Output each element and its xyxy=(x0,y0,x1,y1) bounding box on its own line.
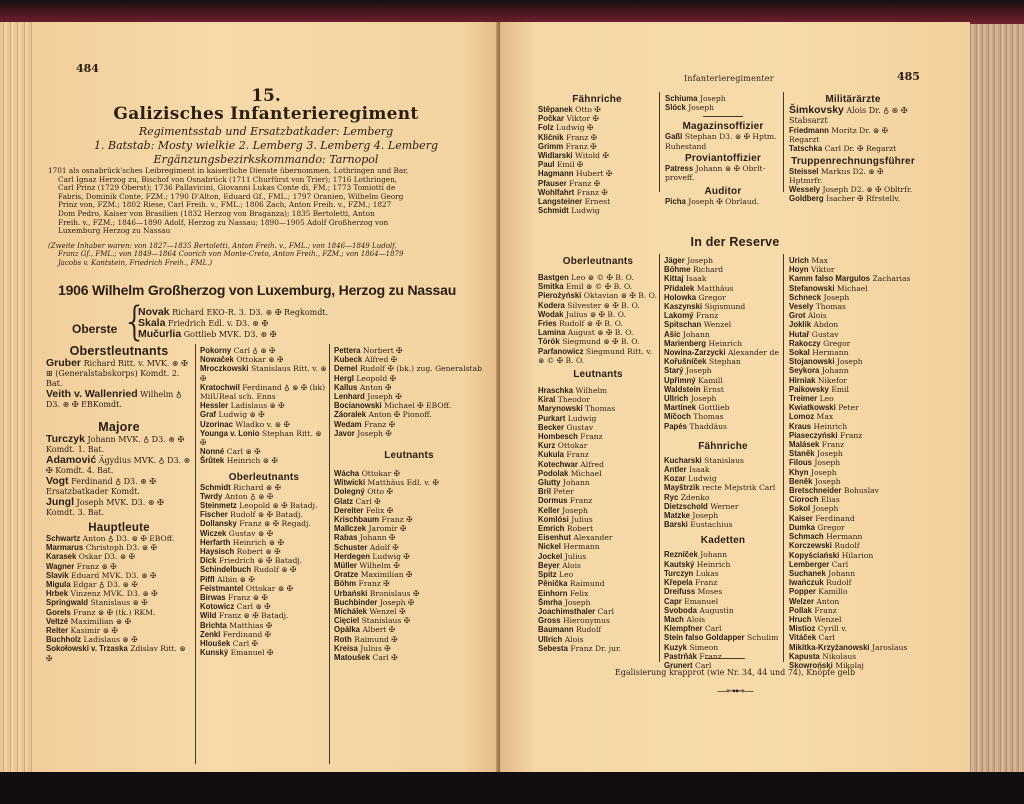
list-item: Kallus Anton ✠ xyxy=(334,383,484,392)
list-item: Hergl Leopold ✠ xyxy=(334,374,484,383)
list-item: Holowka Gregor xyxy=(664,293,782,302)
list-item: Dietzschold Werner xyxy=(664,502,782,511)
list-item: Stěpanek Otto ✠ xyxy=(538,105,656,114)
list-item: Turczyn Lukas xyxy=(664,569,782,578)
list-item: Křepela Franz xyxy=(664,578,782,587)
list-item: Gross Hieronymus xyxy=(538,616,658,625)
list-item: Počkar Viktor ✠ xyxy=(538,114,656,123)
list-item: Michálek Wenzel ✠ xyxy=(334,607,484,616)
list-item: Schwartz Anton ♁ D3. ⊛ ✠ EBOff. xyxy=(46,534,192,543)
list-item: Kraus Heinrich xyxy=(789,422,939,431)
list-item: Pastrňák Franz xyxy=(664,652,782,661)
list-item: Nowina-Zarzycki Alexander de xyxy=(664,348,782,357)
list-item: Hirniak Nikefor xyxy=(789,376,939,385)
section-heading: Proviantoffizier xyxy=(665,153,781,164)
list-item: Veltzé Maximilian ⊛ ✠ xyxy=(46,617,192,626)
list-item: Kopyściański Hilarion xyxy=(789,551,939,560)
list-item: Nowaček Ottokar ⊛ ✠ xyxy=(200,355,328,364)
list-item: Pollak Franz xyxy=(789,606,939,615)
list-item: Nickel Hermann xyxy=(538,542,658,551)
list-item: Hrbek Vinzenz MVK. D3. ⊛ ✠ xyxy=(46,589,192,598)
list-item: Kotechwar Alfred xyxy=(538,460,658,469)
list-item: Ullrich Alois xyxy=(538,635,658,644)
reserve-heading: In der Reserve xyxy=(500,235,970,249)
list-item: Kukula Franz xyxy=(538,450,658,459)
list-item: Papés Thaddäus xyxy=(664,422,782,431)
list-item: Tatschka Carl Dr. ✠ Regarzt xyxy=(789,144,917,153)
list-item: Iwańczuk Rudolf xyxy=(789,578,939,587)
list-item: Rezníček Johann xyxy=(664,550,782,559)
list-item: Mistioz Cyrill v. xyxy=(789,624,939,633)
list-item: Gorels Franz ⊛ ✠ (tk.) RKM. xyxy=(46,608,192,617)
regiment-number: 15. xyxy=(32,86,500,106)
list-item: Starý Joseph xyxy=(664,366,782,375)
list-item: Urbański Bronislaus ✠ xyxy=(334,589,484,598)
list-item: Malásek Franz xyxy=(789,440,939,449)
list-item: Mučurlia Gottlieb MVK. D3. ⊛ ✠ xyxy=(138,329,328,340)
list-item: Baumann Rudolf xyxy=(538,625,658,634)
list-item: Steissel Markus D2. ⊛ ✠ Hptmrfr. xyxy=(789,167,917,185)
list-item: Stein falso Goldapper Schulim xyxy=(664,633,782,642)
list-item: Mayštrzik recte Mejstrik Carl xyxy=(664,483,782,492)
right-column-2: Schiuma Joseph Slóck Joseph Magazinsoffi… xyxy=(665,94,781,206)
list-item: Adamović Ägydius MVK. ♁ D3. ⊛ ✠ Komdt. 4… xyxy=(46,455,192,476)
left-column-2: Pokorny Carl ♁ ⊛ ✠ Nowaček Ottokar ⊛ ✠ M… xyxy=(200,346,328,658)
list-item: Marynowski Thomas xyxy=(538,404,658,413)
list-item: Paikowsky Emil xyxy=(789,385,939,394)
list-item: Schiuma Joseph xyxy=(665,94,781,103)
list-item: Joklik Abdon xyxy=(789,320,939,329)
list-item: Podolak Michael xyxy=(538,469,658,478)
current-owner: 1906 Wilhelm Großherzog von Luxemburg, H… xyxy=(58,282,456,298)
battalions-line: 1. Batstab: Mosty wielkie 2. Lemberg 3. … xyxy=(32,139,500,152)
list-item: Wagner Franz ⊛ ✠ xyxy=(46,562,192,571)
reserve-column-1: Oberleutnants Bastgen Leo ⊛ © ✠ B. O. Sm… xyxy=(538,256,658,653)
list-item: Popper Kamillo xyxy=(789,587,939,596)
list-item: Roth Raimund ✠ xyxy=(334,635,484,644)
list-item: Cioroch Elias xyxy=(789,495,939,504)
list-item: Slóck Joseph xyxy=(665,103,781,112)
list-item: Kozar Ludwig xyxy=(664,474,782,483)
section-heading: Hauptleute xyxy=(46,522,192,534)
list-item: Piffl Albin ⊛ ✠ xyxy=(200,575,328,584)
list-item: Piaseczyński Franz xyxy=(789,431,939,440)
list-item: Kliĉnik Franz ✠ xyxy=(538,133,656,142)
list-item: Keller Joseph xyxy=(538,506,658,515)
list-item: Reiter Kasimir ⊛ ✠ xyxy=(46,626,192,635)
list-item: Veith v. Wallenried Wilhelm ♁ D3. ⊛ ✠ EB… xyxy=(46,389,192,410)
list-item: Staněk Joseph xyxy=(789,449,939,458)
list-item: Suchanek Johann xyxy=(789,569,939,578)
list-item: Herdegen Ludwig ✠ xyxy=(334,552,484,561)
list-item: Jungl Joseph MVK. D3. ⊛ ✠ Komdt. 3. Bat. xyxy=(46,497,192,518)
list-item: Ullrich Joseph xyxy=(664,394,782,403)
list-item: Kamm falso Margulos Zacharias xyxy=(789,274,939,283)
list-item: Kunský Emanuel ✠ xyxy=(200,648,328,657)
list-item: Rakoczy Gregor xyxy=(789,339,939,348)
list-item: Záoralek Anton ✠ Pionoff. xyxy=(334,410,484,419)
list-item: Matoušek Carl ✠ xyxy=(334,653,484,662)
list-item: Fischer Rudolf ⊛ ✠ Batadj. xyxy=(200,510,328,519)
list-item: Mroczkowski Stanislaus Ritt. v. ⊛ ✠ xyxy=(200,364,328,382)
list-item: Spitz Leo xyxy=(538,570,658,579)
note-line: Jacobs v. Kantstein, Friedrich Freih., F… xyxy=(48,259,484,267)
list-item: Wild Franz ⊛ ✠ Batadj. xyxy=(200,611,328,620)
list-item: Kurz Ottokar xyxy=(538,441,658,450)
list-item: Grot Alois xyxy=(789,311,939,320)
list-item: Kořušníček Stephan xyxy=(664,357,782,366)
column-divider xyxy=(195,344,196,764)
regiment-name: Galizisches Infanterieregiment xyxy=(32,104,500,124)
column-divider xyxy=(329,344,330,764)
list-item: Barski Eustachius xyxy=(664,520,782,529)
running-head: Infanterieregimenter xyxy=(684,74,774,83)
list-item: Folz Ludwig ✠ xyxy=(538,123,656,132)
list-item: Graf Ludwig ⊛ ✠ xyxy=(200,410,328,419)
left-page: 484 15. Galizisches Infanterieregiment R… xyxy=(32,22,500,774)
list-item: Kratochwil Ferdinand ♁ ⊛ ✠ (bk) MilUReal… xyxy=(200,383,328,401)
list-item: Kautský Heinrich xyxy=(664,560,782,569)
list-item: Dollansky Franz ⊛ ✠ Regadj. xyxy=(200,519,328,528)
list-item: Antler Isaak xyxy=(664,465,782,474)
list-item: Langsteiner Ernest xyxy=(538,197,656,206)
list-item: Matzke Joseph xyxy=(664,511,782,520)
list-item: Sokołowski v. Trzaska Zdislav Ritt. ⊛ ✠ xyxy=(46,644,192,662)
right-column-3: Militärärzte Šimkovsky Alois Dr. ♁ ⊛ ✠ S… xyxy=(789,94,917,203)
list-item: Karasek Oskar D3. ⊛ ✠ xyxy=(46,552,192,561)
list-item: Stefanowski Michael xyxy=(789,284,939,293)
oberste-label: Oberste xyxy=(72,322,117,336)
list-item: Picha Joseph ✠ Obrlaud. xyxy=(665,197,781,206)
list-item: Kwiatkowski Peter xyxy=(789,403,939,412)
recruiting-line: Ergänzungsbezirkskommando: Tarnopol xyxy=(32,153,500,166)
list-item: Upřimný Kamill xyxy=(664,376,782,385)
page-edges-right xyxy=(968,24,1024,774)
list-item: Lemberger Carl xyxy=(789,560,939,569)
list-item: Kreisa Julius ✠ xyxy=(334,644,484,653)
list-item: Svoboda Augustin xyxy=(664,606,782,615)
list-item: Kapusta Nikolaus xyxy=(789,652,939,661)
list-item: Fries Rudolf ⊛ ✠ B. O. xyxy=(538,319,658,328)
right-page: Infanterieregimenter 485 Fähnriche Stěpa… xyxy=(500,22,970,774)
short-rule xyxy=(705,658,745,659)
section-heading: Kadetten xyxy=(664,535,782,546)
column-divider xyxy=(659,92,660,192)
list-item: Pokorny Carl ♁ ⊛ ✠ xyxy=(200,346,328,355)
list-item: Gruber Richard Ritt. v. MVK. ⊛ ✠ ⊞ (Gene… xyxy=(46,358,192,389)
reserve-column-3: Urich Max Hoyn Viktor Kamm falso Margulo… xyxy=(789,256,939,670)
list-item: Mikitka-Krzyżanowski Jaroslaus xyxy=(789,643,939,652)
list-item: Pettera Norbert ✠ xyxy=(334,346,484,355)
list-item: Wohlfahrt Franz ✠ xyxy=(538,188,656,197)
list-item: Joachimsthaler Carl xyxy=(538,607,658,616)
list-item: Javor Joseph ✠ xyxy=(334,429,484,438)
list-item: Opálka Albert ✠ xyxy=(334,625,484,634)
list-item: Filous Joseph xyxy=(789,458,939,467)
list-item: Einhorn Felix xyxy=(538,589,658,598)
list-item: Zenkl Ferdinand ✠ xyxy=(200,630,328,639)
list-item: Böhme Richard xyxy=(664,265,782,274)
list-item: Treimer Leo xyxy=(789,394,939,403)
book-binding-top xyxy=(0,0,1024,24)
list-item: Lomoz Max xyxy=(789,412,939,421)
history-line: Luxemburg Herzog zu Nassau xyxy=(48,227,484,236)
list-item: Cięciel Stanislaus ✠ xyxy=(334,616,484,625)
list-item: Urich Max xyxy=(789,256,939,265)
list-item: Paul Emil ✠ xyxy=(538,160,656,169)
oberste-list: Novak Richard EKO-R. 3. D3. ⊛ ✠ Regkomdt… xyxy=(138,307,328,340)
section-heading: Fähnriche xyxy=(538,94,656,105)
list-item: Schmidt Richard ⊛ ✠ xyxy=(200,483,328,492)
list-item: Přidalek Matthäus xyxy=(664,284,782,293)
list-item: Buchbinder Joseph ✠ xyxy=(334,598,484,607)
left-column-3: Pettera Norbert ✠ Kubeck Alfred ✠ Demel … xyxy=(334,346,484,662)
section-heading: Leutnants xyxy=(538,369,658,380)
list-item: Hraschka Wilhelm xyxy=(538,386,658,395)
list-item: Hutař Gustav xyxy=(789,330,939,339)
section-heading: Truppenrechnungsführer xyxy=(789,156,917,167)
section-heading: Magazinsoffizier xyxy=(665,121,781,132)
list-item: Hruch Wenzel xyxy=(789,615,939,624)
list-item: Becker Gustav xyxy=(538,423,658,432)
list-item: Böhm Franz ✠ xyxy=(334,579,484,588)
list-item: Vogt Ferdinand ♁ D3. ⊛ ✠ Ersatzbatkader … xyxy=(46,476,192,497)
list-item: Pěnička Raimund xyxy=(538,579,658,588)
list-item: Waldstein Ernst xyxy=(664,385,782,394)
note-line: Franz Gf., FML.; von 1849—1864 Coorich v… xyxy=(48,250,484,258)
list-item: Birwas Franz ⊛ ✠ xyxy=(200,593,328,602)
list-item: Wedam Franz ✠ xyxy=(334,420,484,429)
list-item: Goldberg Isacher ✠ Rfrstellv. xyxy=(789,194,917,203)
list-item: Turczyk Johann MVK. ♁ D3. ⊛ ✠ Komdt. 1. … xyxy=(46,434,192,455)
list-item: Lamina August ⊛ ✠ B. O. xyxy=(538,328,658,337)
column-divider xyxy=(783,92,784,192)
list-item: Khyn Joseph xyxy=(789,468,939,477)
list-item: Bocianowski Michael ✠ EBOff. xyxy=(334,401,484,410)
list-item: Jäger Joseph xyxy=(664,256,782,265)
list-item: Martinek Gottlieb xyxy=(664,403,782,412)
list-item: Eisenhut Alexander xyxy=(538,533,658,542)
reserve-column-2: Jäger Joseph Böhme Richard Kittaj Isaak … xyxy=(664,256,782,670)
list-item: Wodak Julius ⊛ ✠ B. O. xyxy=(538,310,658,319)
list-item: Parfanowicz Siegmund Ritt. v. ⊛ © ✠ B. O… xyxy=(538,347,658,365)
list-item: Kaiser Ferdinand xyxy=(789,514,939,523)
list-item: Beněk Joseph xyxy=(789,477,939,486)
list-item: Kittaj Isaak xyxy=(664,274,782,283)
list-item: Seykora Johann xyxy=(789,366,939,375)
list-item: Migula Edgar ♁ D3. ⊛ ✠ xyxy=(46,580,192,589)
list-item: Bretschneider Bohuslav xyxy=(789,486,939,495)
list-item: Schmach Hermann xyxy=(789,532,939,541)
facings-line: Egalisierung krapprot (wie Nr. 34, 44 un… xyxy=(500,668,970,677)
list-item: Vesely Thomas xyxy=(789,302,939,311)
list-item: Witwicki Matthäus Edl. v. ✠ xyxy=(334,478,484,487)
left-column-1: Oberstleutnants Gruber Richard Ritt. v. … xyxy=(46,344,192,663)
list-item: Kiral Theodor xyxy=(538,395,658,404)
right-column-1: Fähnriche Stěpanek Otto ✠ Počkar Viktor … xyxy=(538,94,656,215)
list-item: Widlarski Witold ✠ xyxy=(538,151,656,160)
list-item: Lakomý Franz xyxy=(664,311,782,320)
list-item: Pfauser Franz ✠ xyxy=(538,179,656,188)
ornament-icon: —⊶⊷— xyxy=(500,686,970,697)
list-item: Gaßl Stephan D3. ⊛ ✠ Hptm. Ruhestand xyxy=(665,132,781,150)
section-heading: Oberleutnants xyxy=(538,256,658,267)
list-item: Schindelbuch Rudolf ⊛ ✠ xyxy=(200,565,328,574)
list-item: Mach Alois xyxy=(664,615,782,624)
list-item: Kubeck Alfred ✠ xyxy=(334,355,484,364)
regiment-history: 1701 als osnabrück'sches Leibregiment in… xyxy=(48,167,484,236)
list-item: Pierożyński Oktavian ⊛ ✠ B. O. xyxy=(538,291,658,300)
list-item: Dick Friedrich ⊛ ✠ Batadj. xyxy=(200,556,328,565)
list-item: Uzorinac Wladko v. ⊛ ✠ xyxy=(200,420,328,429)
section-heading: Majore xyxy=(46,420,192,434)
list-item: Novak Richard EKO-R. 3. D3. ⊛ ✠ Regkomdt… xyxy=(138,307,328,318)
list-item: Ašic Johann xyxy=(664,330,782,339)
list-item: Wácha Ottokar ✠ xyxy=(334,469,484,478)
list-item: Grimm Franz ✠ xyxy=(538,142,656,151)
section-heading: Oberstleutnants xyxy=(46,344,192,358)
list-item: Friedmann Moritz Dr. ⊛ ✠ Regarzt xyxy=(789,126,917,144)
list-item: Welzer Anton xyxy=(789,597,939,606)
list-item: Schneck Joseph xyxy=(789,293,939,302)
list-item: Herfarth Heinrich ⊛ ✠ xyxy=(200,538,328,547)
section-heading: Leutnants xyxy=(334,450,484,461)
list-item: Hloušek Carl ✠ xyxy=(200,639,328,648)
list-item: Kaszynski Sigismund xyxy=(664,302,782,311)
list-item: Purkart Ludwig xyxy=(538,414,658,423)
list-item: Oratze Maximilian ✠ xyxy=(334,570,484,579)
list-item: Rabas Johann ✠ xyxy=(334,533,484,542)
list-item: Beyer Alois xyxy=(538,561,658,570)
list-item: Dolegný Otto ✠ xyxy=(334,487,484,496)
list-item: Haysisch Robert ⊛ ✠ xyxy=(200,547,328,556)
list-item: Kucharski Stanislaus xyxy=(664,456,782,465)
list-item: Wiczek Gustav ⊛ ✠ xyxy=(200,529,328,538)
list-item: Glatz Carl ✠ xyxy=(334,497,484,506)
list-item: Glutty Johann xyxy=(538,478,658,487)
second-owners-note: (Zweite Inhaber waren: von 1827—1835 Ber… xyxy=(48,242,484,267)
list-item: Lenhard Joseph ✠ xyxy=(334,392,484,401)
list-item: Dormus Franz xyxy=(538,496,658,505)
short-rule xyxy=(703,116,743,117)
list-item: Sokal Hermann xyxy=(789,348,939,357)
list-item: Bastgen Leo ⊛ © ✠ B. O. xyxy=(538,273,658,282)
list-item: Wessely Joseph D2. ⊛ ✠ Obltrfr. xyxy=(789,185,917,194)
list-item: Feistmantel Ottokar ⊛ ✠ xyxy=(200,584,328,593)
list-item: Slavik Eduard MVK. D3. ⊛ ✠ xyxy=(46,571,192,580)
page-number-left: 484 xyxy=(76,62,99,75)
list-item: Steinmetz Leopold ⊛ ✠ Batadj. xyxy=(200,501,328,510)
list-item: Míčoch Thomas xyxy=(664,412,782,421)
list-item: Krischbaum Franz ✠ xyxy=(334,515,484,524)
section-heading: Fähnriche xyxy=(664,441,782,452)
list-item: Stojanowski Joseph xyxy=(789,357,939,366)
list-item: Nonné Carl ⊛ ✠ xyxy=(200,447,328,456)
column-divider xyxy=(659,254,660,662)
page-edges-left xyxy=(0,22,34,774)
list-item: Dreifuss Moses xyxy=(664,587,782,596)
list-item: Komlósi Julius xyxy=(538,515,658,524)
list-item: Müller Wilhelm ✠ xyxy=(334,561,484,570)
list-item: Klempfner Carl xyxy=(664,624,782,633)
list-item: Hessler Ladislaus ⊛ ✠ xyxy=(200,401,328,410)
staff-line: Regimentsstab und Ersatzbatkader: Lember… xyxy=(32,125,500,138)
list-item: Hombesch Franz xyxy=(538,432,658,441)
list-item: Sebesta Franz Dr. jur. xyxy=(538,644,658,653)
list-item: Brichta Matthias ✠ xyxy=(200,621,328,630)
list-item: Springwald Stanislaus ⊛ ✠ xyxy=(46,598,192,607)
list-item: Smitka Emil ⊛ © ✠ B. O. xyxy=(538,282,658,291)
list-item: Capr Emanuel xyxy=(664,597,782,606)
list-item: Šmrha Joseph xyxy=(538,598,658,607)
list-item: Spitschan Wenzel xyxy=(664,320,782,329)
list-item: Kodera Silvester ⊛ ✠ B. O. xyxy=(538,301,658,310)
book-binding-bottom xyxy=(0,772,1024,804)
list-item: Patress Johann ⊛ ✠ Obrlt-proveff. xyxy=(665,164,781,182)
list-item: Hagmann Hubert ✠ xyxy=(538,169,656,178)
list-item: Kuzyk Simeon xyxy=(664,643,782,652)
list-item: Šrůtek Heinrich ⊛ ✠ xyxy=(200,456,328,465)
list-item: Török Siegmund ⊛ ✠ B. O. xyxy=(538,337,658,346)
list-item: Šimkovsky Alois Dr. ♁ ⊛ ✠ Stabsarzt xyxy=(789,105,917,126)
note-line: (Zweite Inhaber waren: von 1827—1835 Ber… xyxy=(48,242,484,250)
list-item: Sokol Joseph xyxy=(789,504,939,513)
section-heading: Oberleutnants xyxy=(200,472,328,483)
list-item: Dumka Gregor xyxy=(789,523,939,532)
column-divider xyxy=(783,254,784,662)
list-item: Schmidt Ludwig xyxy=(538,206,656,215)
list-item: Marmarus Christoph D3. ⊛ ✠ xyxy=(46,543,192,552)
list-item: Dereiter Felix ✠ xyxy=(334,506,484,515)
list-item: Mallczek Jaromir ✠ xyxy=(334,524,484,533)
list-item: Jockel Julius xyxy=(538,552,658,561)
list-item: Ryc Zdenko xyxy=(664,493,782,502)
list-item: Buchholz Ladislaus ⊛ ✠ xyxy=(46,635,192,644)
list-item: Bril Peter xyxy=(538,487,658,496)
list-item: Vitáček Carl xyxy=(789,633,939,642)
list-item: Kotowicz Carl ⊛ ✠ xyxy=(200,602,328,611)
list-item: Demel Rudolf ✠ (bk.) zug. Generalstab xyxy=(334,364,484,373)
list-item: Korczewski Rudolf xyxy=(789,541,939,550)
list-item: Hoyn Viktor xyxy=(789,265,939,274)
list-item: Younga v. Lonio Stephan Ritt. ⊛ ✠ xyxy=(200,429,328,447)
page-number-right: 485 xyxy=(897,70,920,83)
section-heading: Auditor xyxy=(665,186,781,197)
list-item: Emrich Robert xyxy=(538,524,658,533)
list-item: Schuster Adolf ✠ xyxy=(334,543,484,552)
list-item: Twrdy Anton ♁ ⊛ ✠ xyxy=(200,492,328,501)
list-item: Marienberg Heinrich xyxy=(664,339,782,348)
